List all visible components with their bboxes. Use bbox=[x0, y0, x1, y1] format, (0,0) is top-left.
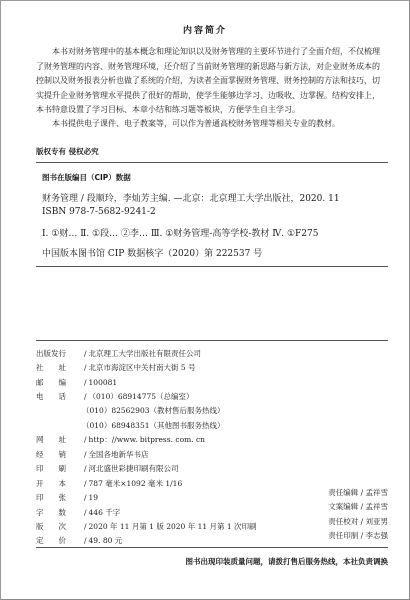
pub-label: 定 价 bbox=[36, 535, 82, 546]
pub-row-address: 社 址/北京市海淀区中关村南大街 5 号 bbox=[36, 362, 196, 373]
pub-row-format: 开 本/787 毫米×1092 毫米 1/16 bbox=[36, 478, 182, 489]
pub-value: 全国各地新华书店 bbox=[89, 450, 149, 459]
intro-line: 本书特意设置了学习目标、本章小结和练习题等板块，方便学生自主学习。 bbox=[36, 103, 386, 118]
pub-row-sheets: 印 张/19 bbox=[36, 492, 98, 503]
credit-print-supervisor: 责任印制 / 李志强 bbox=[328, 530, 388, 541]
pub-value: （010）68914775（总编室） bbox=[89, 392, 194, 401]
pub-value: 446 千字 bbox=[89, 508, 121, 517]
pub-row-phone: 电 话/（010）68914775（总编室） bbox=[36, 391, 194, 402]
pub-value: 787 毫米×1092 毫米 1/16 bbox=[89, 479, 183, 488]
pub-value: 19 bbox=[89, 493, 99, 502]
cip-header: 图书在版编目（CIP）数据 bbox=[42, 172, 131, 183]
divider bbox=[36, 340, 388, 341]
credit-proofreader: 责任校对 / 刘亚男 bbox=[328, 516, 388, 527]
pub-phone-extra: （010）68948351（其他图书服务热线） bbox=[82, 420, 225, 431]
pub-row-website: 网 址/http：//www. bitpress. com. cn bbox=[36, 434, 205, 445]
pub-value: 2020 年 11 月第 1 版 2020 年 11 月第 1 次印刷 bbox=[89, 522, 257, 531]
intro-line: 了财务管理的内容、财务管理环境，还介绍了当前财务管理的新思路与新方法，对企业财务… bbox=[36, 60, 386, 75]
pub-label: 印 张 bbox=[36, 492, 82, 503]
intro-line: 控制以及财务报表分析也做了系统的介绍，为读者全面掌握财务管理、财务控制的方法和技… bbox=[36, 74, 386, 89]
pub-row-distributor: 经 销/全国各地新华书店 bbox=[36, 449, 149, 460]
cip-line-isbn: ISBN 978-7-5682-9241-2 bbox=[42, 207, 156, 217]
pub-value: 49. 80 元 bbox=[89, 536, 123, 545]
pub-label: 开 本 bbox=[36, 478, 82, 489]
pub-label: 网 址 bbox=[36, 434, 82, 445]
pub-value: 100081 bbox=[89, 378, 118, 387]
intro-line: 本书对财务管理中的基本概念和理论知识以及财务管理的主要环节进行了全面介绍，不仅梳… bbox=[36, 45, 386, 60]
pub-row-wordcount: 字 数/446 千字 bbox=[36, 507, 120, 518]
cip-line-title: 财务管理 / 段顺玲，李灿芳主编. —北京：北京理工大学出版社，2020. 11 bbox=[42, 191, 340, 204]
pub-row-publisher: 出版发行/北京理工大学出版社有限责任公司 bbox=[36, 348, 201, 359]
credit-copy-editor: 文案编辑 / 孟祥雪 bbox=[328, 501, 388, 512]
intro-line: 实提升企业财务管理水平提供了很好的帮助，使学生能够边学习、边吸收、边掌握。结构安… bbox=[36, 89, 386, 104]
pub-label: 社 址 bbox=[36, 362, 82, 373]
pub-label: 电 话 bbox=[36, 391, 82, 402]
intro-line: 本书提供电子课件、电子教案等，可以作为普通高校财务管理等相关专业的教材。 bbox=[36, 117, 386, 132]
pub-label: 印 刷 bbox=[36, 463, 82, 474]
pub-value: 北京理工大学出版社有限责任公司 bbox=[89, 349, 202, 358]
intro-title: 内容简介 bbox=[0, 23, 410, 36]
pub-value: 河北盛世彩捷印刷有限公司 bbox=[89, 464, 179, 473]
pub-label: 出版发行 bbox=[36, 348, 82, 359]
pub-phone-extra: （010）82562903（教材售后服务热线） bbox=[82, 405, 225, 416]
pub-label: 字 数 bbox=[36, 507, 82, 518]
pub-value: 北京市海淀区中关村南大街 5 号 bbox=[89, 363, 196, 372]
pub-row-edition: 版 次/2020 年 11 月第 1 版 2020 年 11 月第 1 次印刷 bbox=[36, 521, 257, 532]
pub-row-postcode: 邮 编/100081 bbox=[36, 377, 117, 388]
credit-responsible-editor: 责任编辑 / 孟祥雪 bbox=[328, 487, 388, 498]
cip-line-classification: Ⅰ. ①财… Ⅱ. ①段… ②李… Ⅲ. ①财务管理-高等学校-教材 Ⅳ. ①F… bbox=[42, 226, 318, 239]
pub-value: http：//www. bitpress. com. cn bbox=[89, 435, 205, 444]
intro-paragraph-2: 本书提供电子课件、电子教案等，可以作为普通高校财务管理等相关专业的教材。 bbox=[36, 117, 386, 132]
copyright-notice: 版权专有 侵权必究 bbox=[36, 146, 99, 157]
pub-label: 经 销 bbox=[36, 449, 82, 460]
divider bbox=[36, 547, 388, 548]
divider bbox=[36, 162, 388, 163]
quality-notice: 图书出现印装质量问题，请拨打售后服务热线，本社负责调换 bbox=[186, 556, 389, 567]
cip-line-record: 中国版本图书馆 CIP 数据核字（2020）第 222537 号 bbox=[42, 246, 262, 259]
pub-row-printer: 印 刷/河北盛世彩捷印刷有限公司 bbox=[36, 463, 179, 474]
intro-paragraph-1: 本书对财务管理中的基本概念和理论知识以及财务管理的主要环节进行了全面介绍，不仅梳… bbox=[36, 45, 386, 118]
divider bbox=[36, 266, 388, 267]
pub-label: 邮 编 bbox=[36, 377, 82, 388]
pub-label: 版 次 bbox=[36, 521, 82, 532]
pub-row-price: 定 价/49. 80 元 bbox=[36, 535, 122, 546]
